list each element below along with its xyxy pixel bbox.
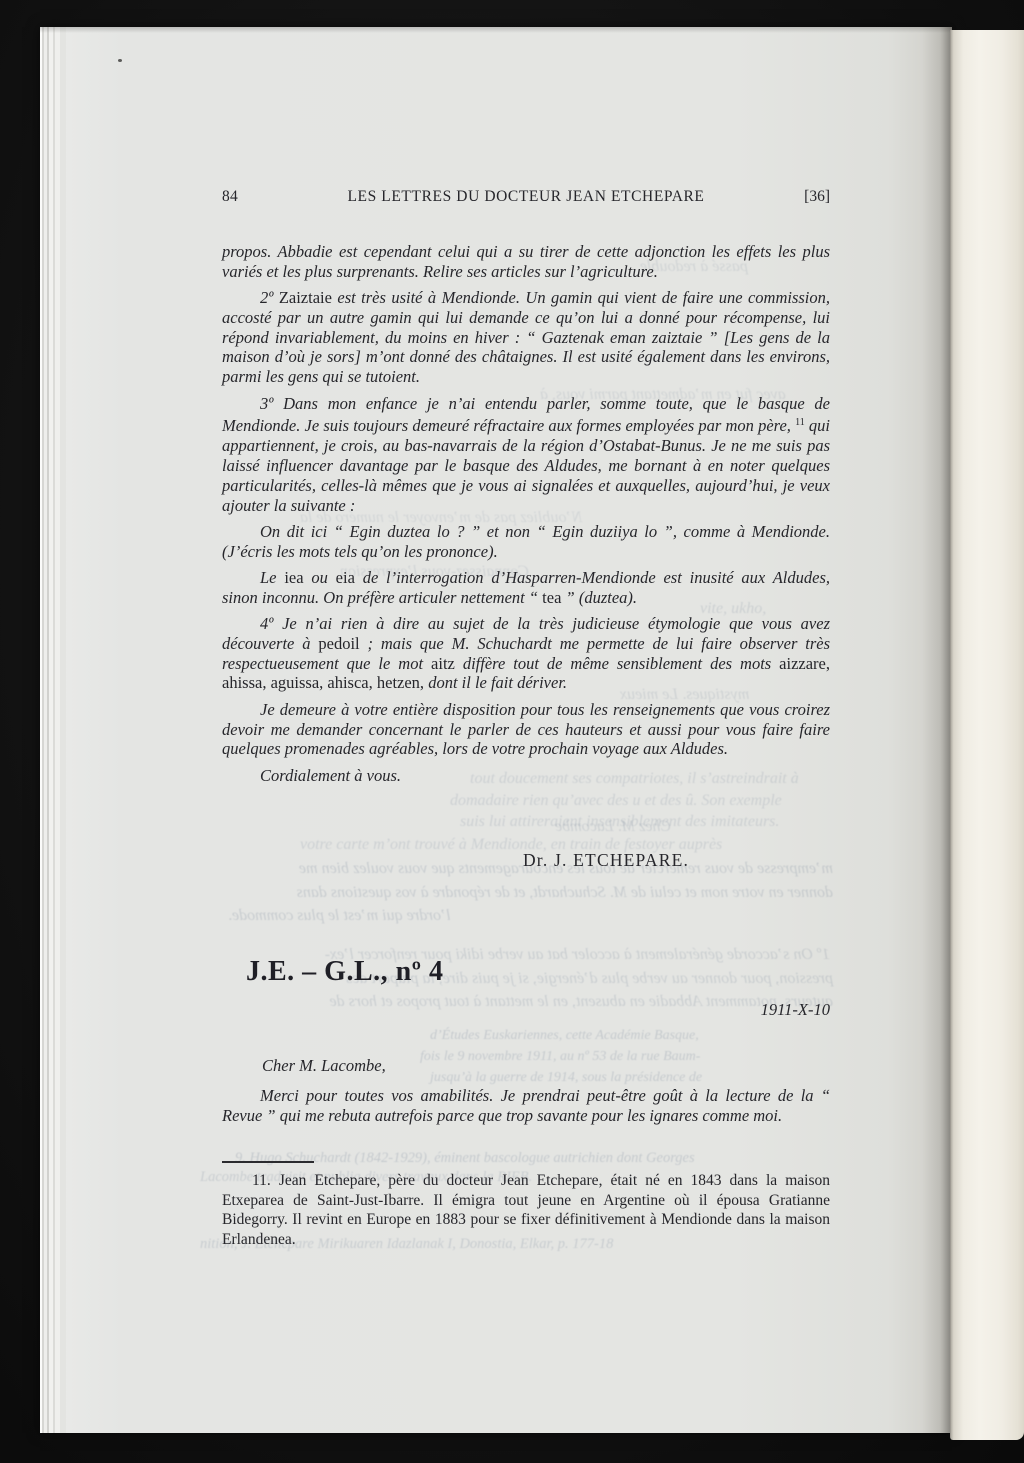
paragraph: 4º Je n’ai rien à dire au sujet de la tr… xyxy=(222,614,830,693)
salutation: Cher M. Lacombe, xyxy=(222,1056,830,1076)
scanned-book-photo: passé à redoubleavec fut en m’admettant … xyxy=(0,0,1024,1463)
footnote-ref: 11 xyxy=(795,417,805,428)
letter-3-body: propos. Abbadie est cependant celui qui … xyxy=(222,242,830,792)
page-header: 84 LES LETTRES DU DOCTEUR JEAN ETCHEPARE… xyxy=(222,188,830,206)
page-number: 84 xyxy=(222,188,292,206)
running-title: LES LETTRES DU DOCTEUR JEAN ETCHEPARE xyxy=(292,188,760,206)
next-page-edge xyxy=(950,30,1024,1440)
paragraph: 3º Dans mon enfance je n’ai entendu parl… xyxy=(222,394,830,516)
paper-speck xyxy=(118,59,122,62)
page-top-shadow xyxy=(40,27,952,33)
footnote: 11. Jean Etchepare, père du docteur Jean… xyxy=(222,1171,830,1249)
section-heading: J.E. – G.L., nº 4 xyxy=(246,957,443,987)
footnote-rule xyxy=(222,1161,314,1163)
paragraph: 2º Zaiztaie est très usité à Mendionde. … xyxy=(222,288,830,387)
paragraph: Cordialement à vous. xyxy=(222,766,830,786)
page-edge-stack xyxy=(40,27,66,1433)
paragraph: Le iea ou eia de l’interrogation d’Haspa… xyxy=(222,568,830,608)
gutter-shadow xyxy=(922,27,952,1433)
letter-date: 1911-X-10 xyxy=(222,1000,830,1020)
letter-4-body: Merci pour toutes vos amabilités. Je pre… xyxy=(222,1086,830,1132)
issue-number: [36] xyxy=(760,188,830,206)
paragraph: Je demeure à votre entière disposition p… xyxy=(222,700,830,759)
paragraph: On dit ici “ Egin duztea lo ? ” et non “… xyxy=(222,522,830,562)
signature: Dr. J. ETCHEPARE. xyxy=(222,850,830,871)
paragraph: Merci pour toutes vos amabilités. Je pre… xyxy=(222,1086,830,1126)
paragraph: propos. Abbadie est cependant celui qui … xyxy=(222,242,830,282)
